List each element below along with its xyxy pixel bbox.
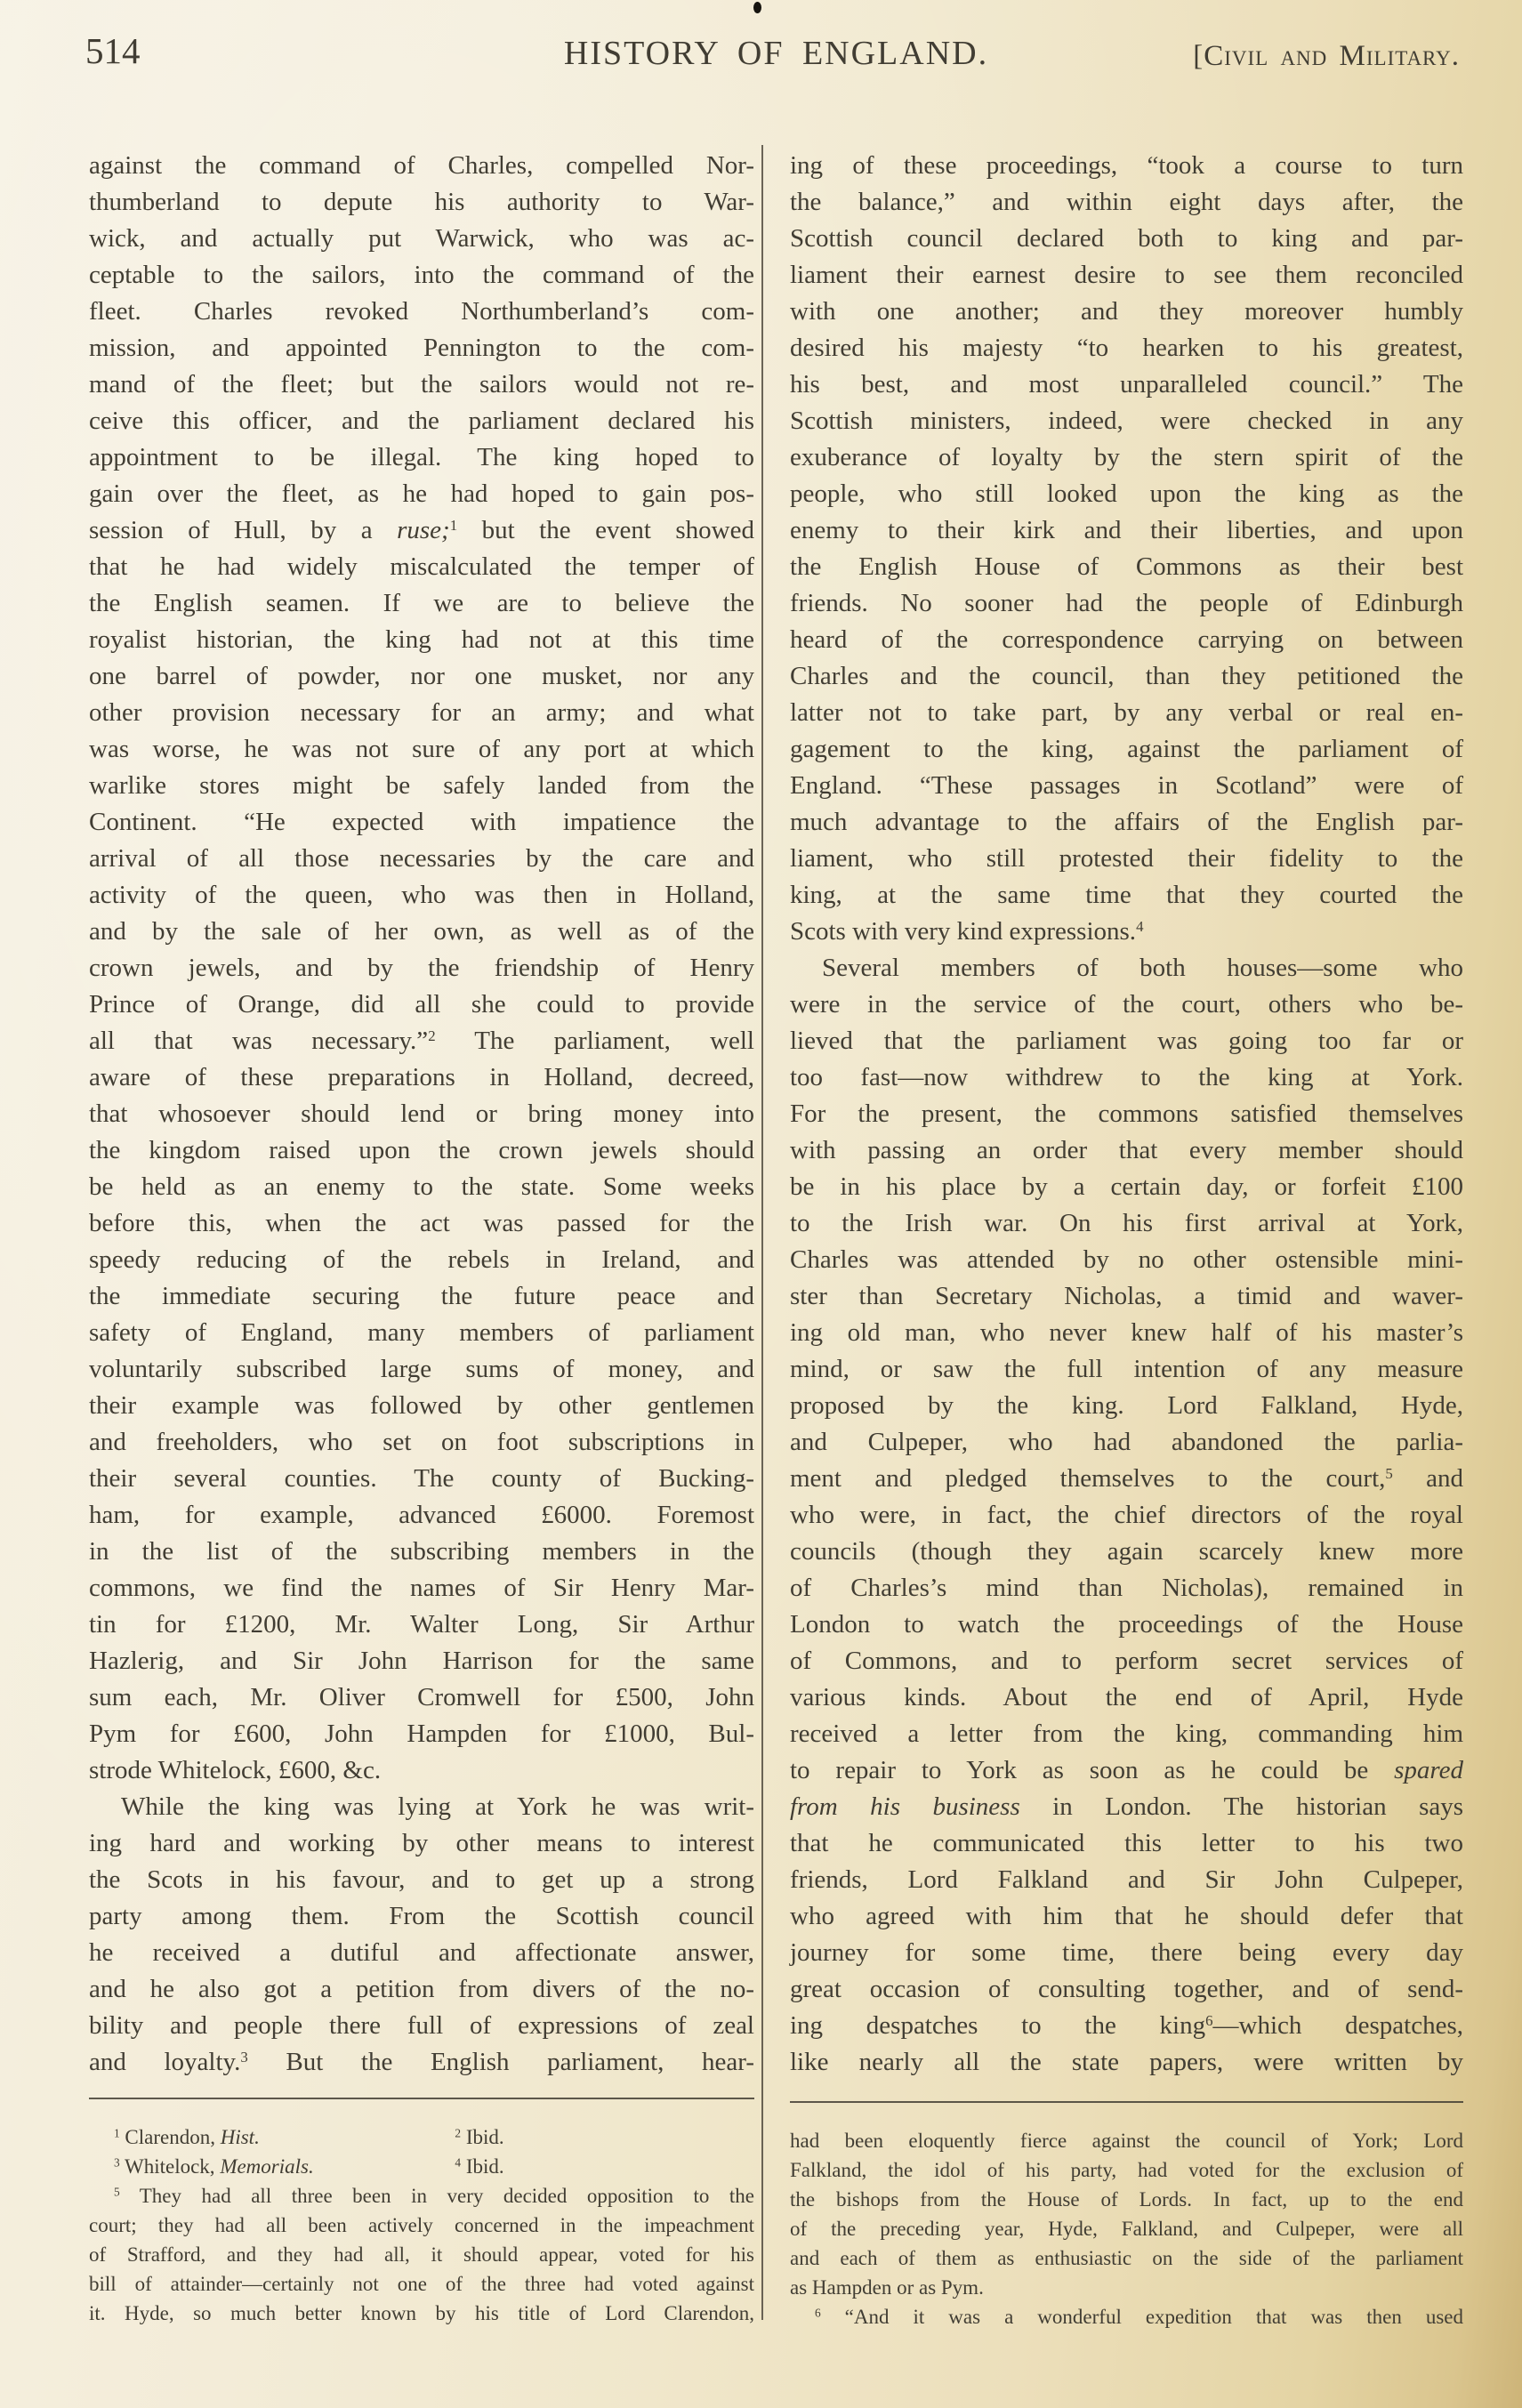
text-run: ment and pledged themselves to the court… <box>790 1464 1385 1493</box>
text-line: the immediate securing the future peace … <box>89 1278 754 1315</box>
text-line: against the command of Charles, compelle… <box>89 148 754 184</box>
text-run: safety of England, many members of parli… <box>89 1318 754 1347</box>
text-run: commons, we find the names of Sir Henry … <box>89 1574 754 1602</box>
text-run: lieved that the parliament was going too… <box>790 1027 1463 1055</box>
text-line: proposed by the king. Lord Falkland, Hyd… <box>790 1388 1463 1424</box>
text-line: and he also got a petition from divers o… <box>89 1971 754 2008</box>
text-line: with one another; and they moreover humb… <box>790 294 1463 330</box>
text-line: was worse, he was not sure of any port a… <box>89 731 754 768</box>
footnote-right-entry: 2 Ibid. <box>455 2122 503 2152</box>
text-run: crown jewels, and by the friendship of H… <box>89 954 754 982</box>
text-line: to repair to York as soon as he could be… <box>790 1752 1463 1789</box>
text-line: be held as an enemy to the state. Some w… <box>89 1169 754 1205</box>
text-line: Charles was attended by no other ostensi… <box>790 1242 1463 1278</box>
text-run: and he also got a petition from divers o… <box>89 1975 754 2003</box>
text-run: of Commons, and to perform secret servic… <box>790 1647 1463 1675</box>
text-line: friends, Lord Falkland and Sir John Culp… <box>790 1862 1463 1898</box>
text-run: their several counties. The county of Bu… <box>89 1464 754 1493</box>
footnote-marker: 1 <box>450 517 457 534</box>
text-line: of the preceding year, Hyde, Falkland, a… <box>790 2214 1463 2243</box>
text-run: the bishops from the House of Lords. In … <box>790 2188 1463 2211</box>
text-run: Prince of Orange, did all she could to p… <box>89 990 754 1019</box>
text-run: it. Hyde, so much better known by his ti… <box>89 2302 754 2324</box>
text-line: much advantage to the affairs of the Eng… <box>790 804 1463 841</box>
text-line: exuberance of loyalty by the stern spiri… <box>790 439 1463 476</box>
text-line: mind, or saw the full intention of any m… <box>790 1351 1463 1388</box>
text-run: But the English parliament, hear- <box>248 2048 754 2076</box>
text-run: royalist historian, the king had not at … <box>89 625 754 654</box>
text-run: thumberland to depute his authority to W… <box>89 188 754 216</box>
text-line: too fast—now withdrew to the king at Yor… <box>790 1059 1463 1096</box>
text-line: Falkland, the idol of his party, had vot… <box>790 2155 1463 2185</box>
text-line: and by the sale of her own, as well as o… <box>89 914 754 950</box>
text-run: to repair to York as soon as he could be <box>790 1756 1394 1784</box>
text-line: journey for some time, there being every… <box>790 1935 1463 1971</box>
text-run: were in the service of the court, others… <box>790 990 1463 1019</box>
text-run: before this, when the act was passed for… <box>89 1209 754 1237</box>
text-line: had been eloquently fierce against the c… <box>790 2126 1463 2155</box>
italic-text: spared <box>1394 1756 1463 1784</box>
text-line: and freeholders, who set on foot subscri… <box>89 1424 754 1461</box>
italic-text: Memorials. <box>220 2155 313 2178</box>
text-line: For the present, the commons satisfied t… <box>790 1096 1463 1132</box>
text-run: against the command of Charles, compelle… <box>89 151 754 180</box>
footnote-rule-left <box>89 2098 754 2099</box>
text-run: arrival of all those necessaries by the … <box>89 844 754 873</box>
text-line: Prince of Orange, did all she could to p… <box>89 987 754 1023</box>
text-run: bility and people there full of expressi… <box>89 2011 754 2040</box>
text-line: in the list of the subscribing members i… <box>89 1534 754 1570</box>
text-line: from his business in London. The histori… <box>790 1789 1463 1825</box>
text-line: bility and people there full of expressi… <box>89 2008 754 2044</box>
text-line: be in his place by a certain day, or for… <box>790 1169 1463 1205</box>
text-run: and freeholders, who set on foot subscri… <box>89 1428 754 1456</box>
text-line: activity of the queen, who was then in H… <box>89 877 754 914</box>
text-run: ster than Secretary Nicholas, a timid an… <box>790 1282 1463 1310</box>
text-run: and Culpeper, who had abandoned the parl… <box>790 1428 1463 1456</box>
text-run: latter not to take part, by any verbal o… <box>790 698 1463 727</box>
text-run: Several members of both houses—some who <box>822 954 1463 982</box>
text-line: ster than Secretary Nicholas, a timid an… <box>790 1278 1463 1315</box>
text-line: that whosoever should lend or bring mone… <box>89 1096 754 1132</box>
text-run: bill of attainder—certainly not one of t… <box>89 2273 754 2295</box>
text-run: Scots with very kind expressions. <box>790 917 1136 946</box>
text-run: enemy to their kirk and their liberties,… <box>790 516 1463 544</box>
footnote-marker: 6 <box>815 2307 821 2320</box>
italic-text: from his business <box>790 1792 1020 1821</box>
text-run: the balance,” and within eight days afte… <box>790 188 1463 216</box>
text-run: ing of these proceedings, “took a course… <box>790 151 1463 180</box>
text-line: of Charles’s mind than Nicholas), remain… <box>790 1570 1463 1607</box>
text-run: “And it was a wonderful expedition that … <box>821 2306 1463 2328</box>
text-run: be in his place by a certain day, or for… <box>790 1172 1463 1201</box>
text-line: their several counties. The county of Bu… <box>89 1461 754 1497</box>
text-run: the Scots in his favour, and to get up a… <box>89 1865 754 1894</box>
text-line: to the Irish war. On his first arrival a… <box>790 1205 1463 1242</box>
text-line: he received a dutiful and affectionate a… <box>89 1935 754 1971</box>
text-run: was worse, he was not sure of any port a… <box>89 735 754 763</box>
text-run: The parliament, well <box>436 1027 754 1055</box>
text-line: the English seamen. If we are to believe… <box>89 585 754 622</box>
text-line: ment and pledged themselves to the court… <box>790 1461 1463 1497</box>
text-line: and each of them as enthusiastic on the … <box>790 2243 1463 2273</box>
text-run: Clarendon, <box>120 2126 221 2148</box>
text-line: other provision necessary for an army; a… <box>89 695 754 731</box>
right-text-column: ing of these proceedings, “took a course… <box>790 148 1463 2081</box>
text-line: arrival of all those necessaries by the … <box>89 841 754 877</box>
text-run: London to watch the proceedings of the H… <box>790 1610 1463 1639</box>
text-line: as Hampden or as Pym. <box>790 2273 1463 2302</box>
text-line: lieved that the parliament was going too… <box>790 1023 1463 1059</box>
text-run: Ibid. <box>461 2126 504 2148</box>
text-line: ing hard and working by other means to i… <box>89 1825 754 1862</box>
text-run: appointment to be illegal. The king hope… <box>89 443 754 471</box>
text-run: activity of the queen, who was then in H… <box>89 881 754 909</box>
text-run: ceptable to the sailors, into the comman… <box>89 261 754 289</box>
column-divider-rule <box>761 145 763 2320</box>
text-run: speedy reducing of the rebels in Ireland… <box>89 1245 754 1274</box>
text-run: aware of these preparations in Holland, … <box>89 1063 754 1091</box>
text-run: fleet. Charles revoked Northumberland’s … <box>89 297 754 326</box>
text-line: 1 Clarendon, Hist.2 Ibid. <box>89 2122 754 2152</box>
text-run: of the preceding year, Hyde, Falkland, a… <box>790 2218 1463 2240</box>
text-run: ing despatches to the king <box>790 2011 1205 2040</box>
text-run: that he communicated this letter to his … <box>790 1829 1463 1857</box>
footnote-right-entry: 4 Ibid. <box>455 2152 503 2181</box>
text-run: friends, Lord Falkland and Sir John Culp… <box>790 1865 1463 1894</box>
text-run: ing old man, who never knew half of his … <box>790 1318 1463 1347</box>
text-run: and loyalty. <box>89 2048 240 2076</box>
text-run: liament their earnest desire to see them… <box>790 261 1463 289</box>
text-line: one barrel of powder, nor one musket, no… <box>89 658 754 695</box>
text-line: ing of these proceedings, “took a course… <box>790 148 1463 184</box>
text-line: safety of England, many members of parli… <box>89 1315 754 1351</box>
text-run: in the list of the subscribing members i… <box>89 1537 754 1566</box>
text-line: 6 “And it was a wonderful expedition tha… <box>790 2302 1463 2331</box>
text-line: the bishops from the House of Lords. In … <box>790 2185 1463 2214</box>
text-run: like nearly all the state papers, were w… <box>790 2048 1463 2076</box>
text-run: friends. No sooner had the people of Edi… <box>790 589 1463 617</box>
text-line: mission, and appointed Pennington to the… <box>89 330 754 366</box>
text-run: liament, who still protested their fidel… <box>790 844 1463 873</box>
text-run: party among them. From the Scottish coun… <box>89 1902 754 1930</box>
text-line: mand of the fleet; but the sailors would… <box>89 366 754 403</box>
text-run: exuberance of loyalty by the stern spiri… <box>790 443 1463 471</box>
text-line: Continent. “He expected with impatience … <box>89 804 754 841</box>
text-line: who agreed with him that he should defer… <box>790 1898 1463 1935</box>
text-line: Scottish council declared both to king a… <box>790 221 1463 257</box>
text-run: to the Irish war. On his first arrival a… <box>790 1209 1463 1237</box>
text-run: Charles was attended by no other ostensi… <box>790 1245 1463 1274</box>
text-run: ceive this officer, and the parliament d… <box>89 407 754 435</box>
text-line: various kinds. About the end of April, H… <box>790 1679 1463 1716</box>
text-run: For the present, the commons satisfied t… <box>790 1099 1463 1128</box>
text-line: gain over the fleet, as he had hoped to … <box>89 476 754 512</box>
text-line: speedy reducing of the rebels in Ireland… <box>89 1242 754 1278</box>
text-line: 5 They had all three been in very decide… <box>89 2181 754 2211</box>
text-line: councils (though they again scarcely kne… <box>790 1534 1463 1570</box>
text-line: liament their earnest desire to see them… <box>790 257 1463 294</box>
text-line: bill of attainder—certainly not one of t… <box>89 2269 754 2299</box>
text-line: all that was necessary.”2 The parliament… <box>89 1023 754 1059</box>
text-line: and loyalty.3 But the English parliament… <box>89 2044 754 2081</box>
text-run: desired his majesty “to hearken to his g… <box>790 334 1463 362</box>
text-run: who agreed with him that he should defer… <box>790 1902 1463 1930</box>
text-line: and Culpeper, who had abandoned the parl… <box>790 1424 1463 1461</box>
text-run: court; they had all been actively concer… <box>89 2214 754 2236</box>
text-line: appointment to be illegal. The king hope… <box>89 439 754 476</box>
text-run: ham, for example, advanced £6000. Foremo… <box>89 1501 754 1529</box>
text-line: people, who still looked upon the king a… <box>790 476 1463 512</box>
text-run: king, at the same time that they courted… <box>790 881 1463 909</box>
text-line: enemy to their kirk and their liberties,… <box>790 512 1463 549</box>
text-line: like nearly all the state papers, were w… <box>790 2044 1463 2081</box>
text-run: mand of the fleet; but the sailors would… <box>89 370 754 399</box>
text-run: Ibid. <box>461 2155 504 2178</box>
text-run: be held as an enemy to the state. Some w… <box>89 1172 754 1201</box>
text-line: voluntarily subscribed large sums of mon… <box>89 1351 754 1388</box>
text-run: received a letter from the king, command… <box>790 1719 1463 1748</box>
text-run: as Hampden or as Pym. <box>790 2276 984 2299</box>
text-run: England. “These passages in Scotland” we… <box>790 771 1463 800</box>
text-line: London to watch the proceedings of the H… <box>790 1607 1463 1643</box>
footnote-marker: 4 <box>1136 918 1143 935</box>
text-line: who were, in fact, the chief directors o… <box>790 1497 1463 1534</box>
text-run: Pym for £600, John Hampden for £1000, Bu… <box>89 1719 754 1748</box>
text-run: their example was followed by other gent… <box>89 1391 754 1420</box>
footnotes-left: 1 Clarendon, Hist.2 Ibid.3 Whitelock, Me… <box>89 2122 754 2328</box>
footnote-marker: 1 <box>114 2127 120 2140</box>
footnote-rule-right <box>790 2101 1463 2103</box>
text-line: it. Hyde, so much better known by his ti… <box>89 2299 754 2328</box>
text-run: too fast—now withdrew to the king at Yor… <box>790 1063 1463 1091</box>
text-line: court; they had all been actively concer… <box>89 2211 754 2240</box>
text-run: warlike stores might be safely landed fr… <box>89 771 754 800</box>
text-line: wick, and actually put Warwick, who was … <box>89 221 754 257</box>
text-line: were in the service of the court, others… <box>790 987 1463 1023</box>
text-run: great occasion of consulting together, a… <box>790 1975 1463 2003</box>
text-run: all that was necessary.” <box>89 1027 428 1055</box>
text-line: the kingdom raised upon the crown jewels… <box>89 1132 754 1169</box>
footnote-marker: 3 <box>240 2049 247 2066</box>
text-run: that he had widely miscalculated the tem… <box>89 552 754 581</box>
italic-text: Hist. <box>221 2126 260 2148</box>
text-run: While the king was lying at York he was … <box>121 1792 754 1821</box>
text-line: heard of the correspondence carrying on … <box>790 622 1463 658</box>
text-line: their example was followed by other gent… <box>89 1388 754 1424</box>
running-header-right: [Civil and Military. <box>1193 39 1460 73</box>
text-run: that whosoever should lend or bring mone… <box>89 1099 754 1128</box>
text-line: king, at the same time that they courted… <box>790 877 1463 914</box>
text-line: latter not to take part, by any verbal o… <box>790 695 1463 731</box>
text-line: party among them. From the Scottish coun… <box>89 1898 754 1935</box>
text-line: 3 Whitelock, Memorials.4 Ibid. <box>89 2152 754 2181</box>
text-run: with passing an order that every member … <box>790 1136 1463 1164</box>
text-line: that he communicated this letter to his … <box>790 1825 1463 1862</box>
text-run: various kinds. About the end of April, H… <box>790 1683 1463 1711</box>
text-line: Scottish ministers, indeed, were checked… <box>790 403 1463 439</box>
text-line: Several members of both houses—some who <box>790 950 1463 987</box>
text-line: with passing an order that every member … <box>790 1132 1463 1169</box>
text-run: had been eloquently fierce against the c… <box>790 2130 1463 2152</box>
text-line: tin for £1200, Mr. Walter Long, Sir Arth… <box>89 1607 754 1643</box>
footnote-marker: 3 <box>114 2156 120 2170</box>
text-run: Scottish ministers, indeed, were checked… <box>790 407 1463 435</box>
text-run: the English seamen. If we are to believe… <box>89 589 754 617</box>
footnote-marker: 6 <box>1205 2012 1212 2029</box>
text-run: and <box>1393 1464 1463 1493</box>
text-run: Whitelock, <box>120 2155 221 2178</box>
text-line: Hazlerig, and Sir John Harrison for the … <box>89 1643 754 1679</box>
footnote-marker: 2 <box>428 1027 435 1044</box>
text-run: other provision necessary for an army; a… <box>89 698 754 727</box>
text-line: the Scots in his favour, and to get up a… <box>89 1862 754 1898</box>
text-line: friends. No sooner had the people of Edi… <box>790 585 1463 622</box>
text-run: —which despatches, <box>1213 2011 1463 2040</box>
text-run: Continent. “He expected with impatience … <box>89 808 754 836</box>
text-run: his best, and most unparalleled council.… <box>790 370 1463 399</box>
text-line: warlike stores might be safely landed fr… <box>89 768 754 804</box>
text-run: with one another; and they moreover humb… <box>790 297 1463 326</box>
text-run: strode Whitelock, £600, &c. <box>89 1756 381 1784</box>
text-line: of Strafford, and they had all, it shoul… <box>89 2240 754 2269</box>
text-line: fleet. Charles revoked Northumberland’s … <box>89 294 754 330</box>
text-run: journey for some time, there being every… <box>790 1938 1463 1967</box>
text-run: session of Hull, by a <box>89 516 397 544</box>
text-run: he received a dutiful and affectionate a… <box>89 1938 754 1967</box>
text-line: session of Hull, by a ruse;1 but the eve… <box>89 512 754 549</box>
text-line: gagement to the king, against the parlia… <box>790 731 1463 768</box>
text-line: his best, and most unparalleled council.… <box>790 366 1463 403</box>
text-run: Hazlerig, and Sir John Harrison for the … <box>89 1647 754 1675</box>
text-line: ceptable to the sailors, into the comman… <box>89 257 754 294</box>
text-run: the immediate securing the future peace … <box>89 1282 754 1310</box>
text-run: and by the sale of her own, as well as o… <box>89 917 754 946</box>
text-line: of Commons, and to perform secret servic… <box>790 1643 1463 1679</box>
text-run: who were, in fact, the chief directors o… <box>790 1501 1463 1529</box>
text-run: councils (though they again scarcely kne… <box>790 1537 1463 1566</box>
text-line: strode Whitelock, £600, &c. <box>89 1752 754 1789</box>
text-line: Scots with very kind expressions.4 <box>790 914 1463 950</box>
text-line: England. “These passages in Scotland” we… <box>790 768 1463 804</box>
text-run: one barrel of powder, nor one musket, no… <box>89 662 754 690</box>
text-run: mission, and appointed Pennington to the… <box>89 334 754 362</box>
text-line: sum each, Mr. Oliver Cromwell for £500, … <box>89 1679 754 1716</box>
text-line: thumberland to depute his authority to W… <box>89 184 754 221</box>
text-line: great occasion of consulting together, a… <box>790 1971 1463 2008</box>
text-run: but the event showed <box>457 516 754 544</box>
text-line: crown jewels, and by the friendship of H… <box>89 950 754 987</box>
text-run: They had all three been in very decided … <box>120 2185 754 2207</box>
text-line: before this, when the act was passed for… <box>89 1205 754 1242</box>
text-line: the English House of Commons as their be… <box>790 549 1463 585</box>
text-run: people, who still looked upon the king a… <box>790 479 1463 508</box>
left-text-column: against the command of Charles, compelle… <box>89 148 754 2081</box>
text-line: Charles and the council, than they petit… <box>790 658 1463 695</box>
text-line: desired his majesty “to hearken to his g… <box>790 330 1463 366</box>
text-run: mind, or saw the full intention of any m… <box>790 1355 1463 1383</box>
text-line: royalist historian, the king had not at … <box>89 622 754 658</box>
text-run: in London. The historian says <box>1020 1792 1463 1821</box>
text-run: gagement to the king, against the parlia… <box>790 735 1463 763</box>
text-run: the kingdom raised upon the crown jewels… <box>89 1136 754 1164</box>
text-run: sum each, Mr. Oliver Cromwell for £500, … <box>89 1683 754 1711</box>
text-line: the balance,” and within eight days afte… <box>790 184 1463 221</box>
footnote-marker: 5 <box>1385 1465 1392 1482</box>
text-line: aware of these preparations in Holland, … <box>89 1059 754 1096</box>
text-line: ceive this officer, and the parliament d… <box>89 403 754 439</box>
text-run: voluntarily subscribed large sums of mon… <box>89 1355 754 1383</box>
text-run: of Charles’s mind than Nicholas), remain… <box>790 1574 1463 1602</box>
text-run: proposed by the king. Lord Falkland, Hyd… <box>790 1391 1463 1420</box>
text-line: commons, we find the names of Sir Henry … <box>89 1570 754 1607</box>
text-run: Falkland, the idol of his party, had vot… <box>790 2159 1463 2181</box>
text-line: While the king was lying at York he was … <box>89 1789 754 1825</box>
book-page: 514 HISTORY OF ENGLAND. [Civil and Milit… <box>0 0 1522 2408</box>
text-line: ham, for example, advanced £6000. Foremo… <box>89 1497 754 1534</box>
text-run: much advantage to the affairs of the Eng… <box>790 808 1463 836</box>
text-line: liament, who still protested their fidel… <box>790 841 1463 877</box>
text-run: tin for £1200, Mr. Walter Long, Sir Arth… <box>89 1610 754 1639</box>
text-run: of Strafford, and they had all, it shoul… <box>89 2243 754 2266</box>
text-run: wick, and actually put Warwick, who was … <box>89 224 754 253</box>
text-run: Charles and the council, than they petit… <box>790 662 1463 690</box>
text-line: ing old man, who never knew half of his … <box>790 1315 1463 1351</box>
footnotes-right: had been eloquently fierce against the c… <box>790 2126 1463 2331</box>
text-run: gain over the fleet, as he had hoped to … <box>89 479 754 508</box>
italic-text: ruse; <box>397 516 450 544</box>
text-line: that he had widely miscalculated the tem… <box>89 549 754 585</box>
text-line: ing despatches to the king6—which despat… <box>790 2008 1463 2044</box>
text-run: ing hard and working by other means to i… <box>89 1829 754 1857</box>
text-run: heard of the correspondence carrying on … <box>790 625 1463 654</box>
footnote-marker: 5 <box>114 2186 120 2199</box>
text-run: Scottish council declared both to king a… <box>790 224 1463 253</box>
text-line: received a letter from the king, command… <box>790 1716 1463 1752</box>
scan-speck <box>753 2 761 13</box>
text-run: the English House of Commons as their be… <box>790 552 1463 581</box>
text-run: and each of them as enthusiastic on the … <box>790 2247 1463 2269</box>
text-line: Pym for £600, John Hampden for £1000, Bu… <box>89 1716 754 1752</box>
